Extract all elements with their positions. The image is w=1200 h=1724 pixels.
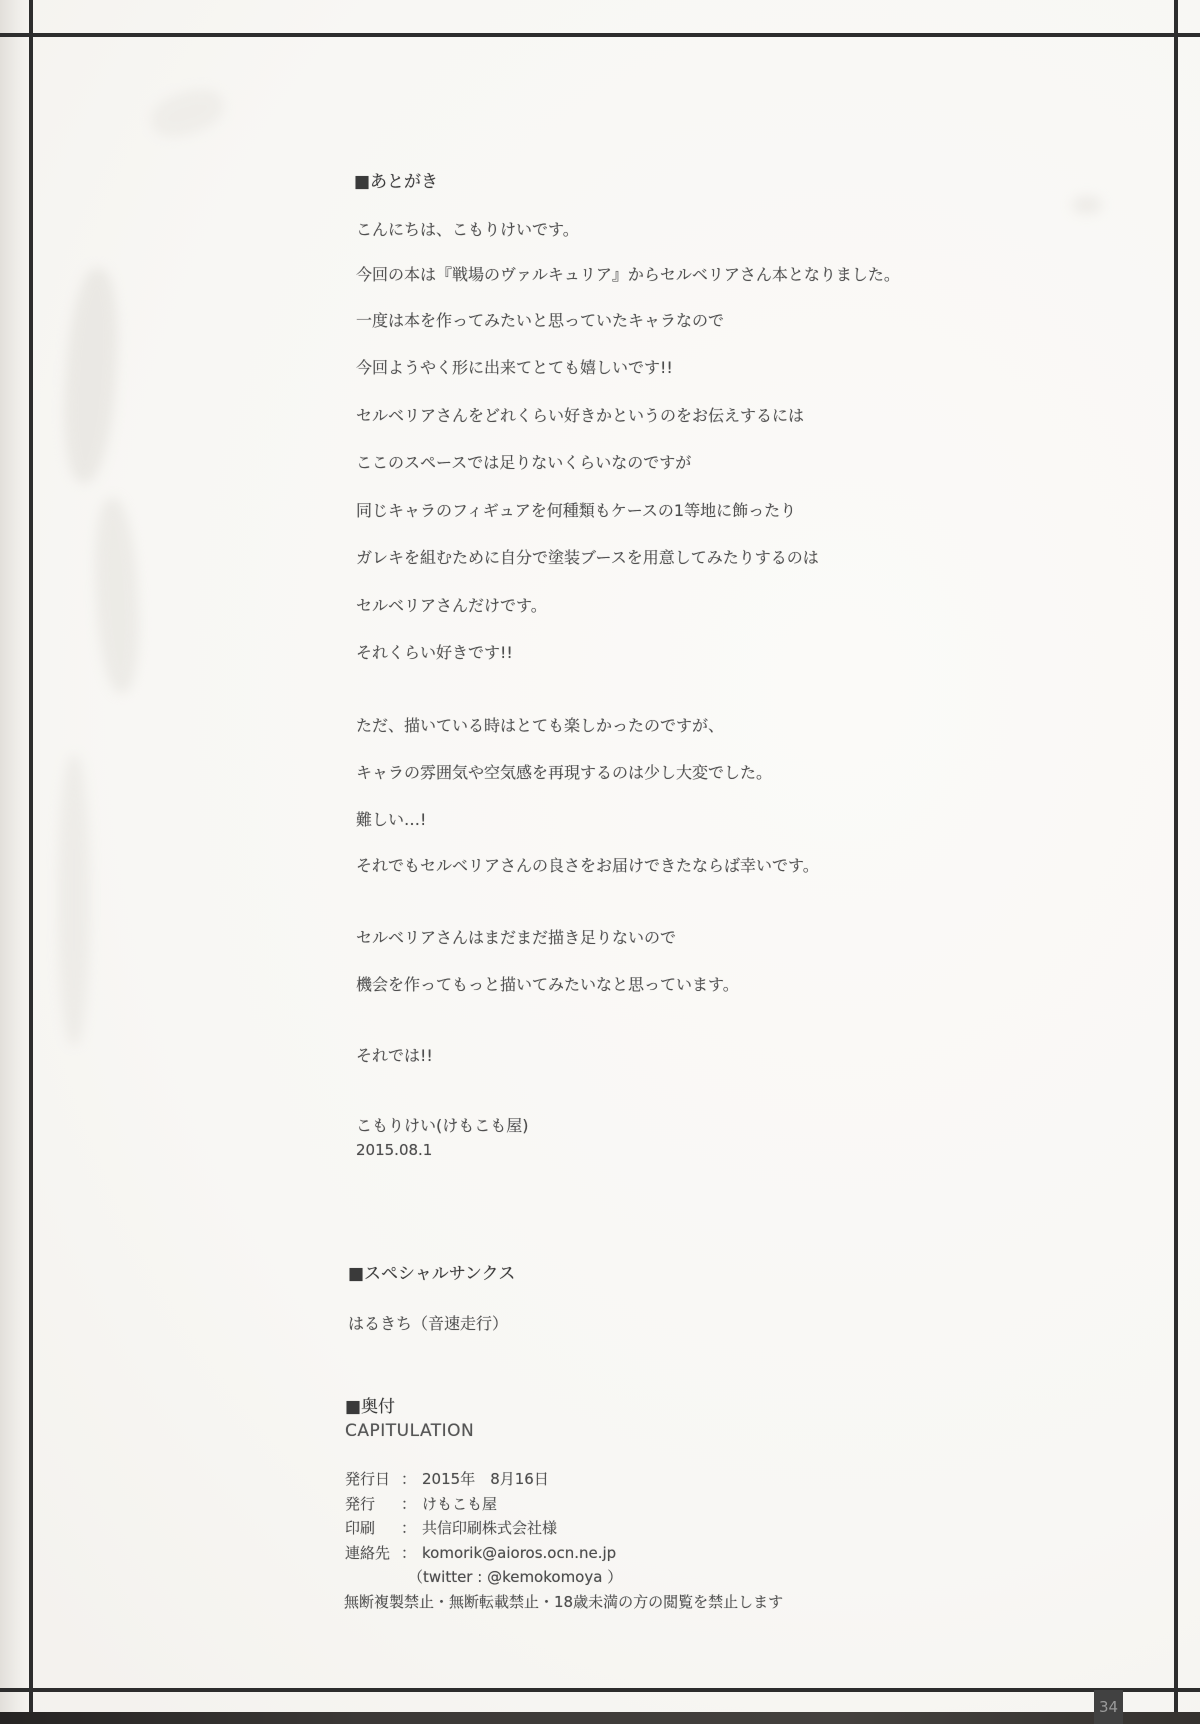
crop-mark-left (29, 0, 33, 1724)
afterword-line: セルベリアさんをどれくらい好きかというのをお伝えするには (356, 406, 804, 426)
colophon-separator: ： (401, 1469, 416, 1489)
colophon-separator: ： (401, 1494, 416, 1514)
afterword-line: それくらい好きです!! (356, 643, 513, 663)
special-thanks-heading: ■スペシャルサンクス (348, 1264, 515, 1284)
book-title: CAPITULATION (345, 1421, 474, 1441)
colophon-heading: ■奥付 (345, 1397, 395, 1417)
scanned-afterword-page: ■あとがき こんにちは、こもりけいです。 今回の本は『戦場のヴァルキュリア』から… (0, 0, 1200, 1724)
signature-line: こもりけい(けもこも屋) (356, 1116, 529, 1136)
colophon-row: 印刷：共信印刷株式会社様 (345, 1518, 557, 1538)
bleedthrough-ghost (58, 755, 90, 1045)
afterword-line: 一度は本を作ってみたいと思っていたキャラなので (356, 311, 724, 331)
bleedthrough-ghost (145, 81, 229, 144)
afterword-line: セルベリアさんだけです。 (356, 596, 547, 616)
afterword-line: セルベリアさんはまだまだ描き足りないので (356, 928, 676, 948)
afterword-heading: ■あとがき (354, 172, 438, 192)
colophon-twitter: （twitter : @kemokomoya ） (408, 1567, 622, 1587)
colophon-label: 連絡先 (345, 1543, 401, 1563)
colophon-label: 発行日 (345, 1469, 401, 1489)
crop-mark-top (0, 33, 1200, 37)
afterword-line: それでは!! (356, 1046, 433, 1066)
colophon-row: 発行日：2015年 8月16日 (345, 1469, 549, 1489)
paper-edge (0, 0, 29, 1724)
special-thanks-name: はるきち（音速走行） (348, 1314, 508, 1334)
copyright-notice: 無断複製禁止・無断転載禁止・18歳未満の方の閲覧を禁止します (344, 1592, 783, 1612)
afterword-line: ここのスペースでは足りないくらいなのですが (356, 453, 691, 473)
afterword-line: ただ、描いている時はとても楽しかったのですが、 (356, 716, 724, 736)
page-number-badge: 34 (1094, 1690, 1123, 1724)
afterword-line: それでもセルベリアさんの良さをお届けできたならば幸いです。 (356, 856, 819, 876)
afterword-line: こんにちは、こもりけいです。 (356, 220, 579, 240)
afterword-line: 機会を作ってもっと描いてみたいなと思っています。 (356, 975, 739, 995)
colophon-separator: ： (401, 1518, 416, 1538)
afterword-line: 同じキャラのフィギュアを何種類もケースの1等地に飾ったり (356, 501, 796, 521)
date-line: 2015.08.1 (356, 1140, 432, 1160)
colophon-value: 共信印刷株式会社様 (422, 1518, 557, 1538)
colophon-separator: ： (401, 1543, 416, 1563)
afterword-line: 今回の本は『戦場のヴァルキュリア』からセルベリアさん本となりました。 (356, 265, 900, 285)
bleedthrough-ghost (91, 497, 143, 694)
afterword-line: キャラの雰囲気や空気感を再現するのは少し大変でした。 (356, 763, 772, 783)
colophon-label: 印刷 (345, 1518, 401, 1538)
afterword-line: ガレキを組むために自分で塗装ブースを用意してみたりするのは (356, 548, 819, 568)
bleedthrough-ghost (59, 267, 124, 485)
colophon-label: 発行 (345, 1494, 401, 1514)
colophon-row: 発行：けもこも屋 (345, 1494, 497, 1514)
colophon-value: 2015年 8月16日 (422, 1469, 549, 1489)
colophon-value: komorik@aioros.ocn.ne.jp (422, 1543, 616, 1563)
bottom-bar (0, 1712, 1200, 1724)
colophon-row: 連絡先：komorik@aioros.ocn.ne.jp (345, 1543, 616, 1563)
bleedthrough-ghost (1072, 196, 1102, 214)
colophon-value: けもこも屋 (422, 1494, 497, 1514)
crop-mark-bottom (0, 1688, 1200, 1692)
crop-mark-right (1174, 0, 1178, 1724)
afterword-line: 難しい…! (356, 810, 426, 830)
afterword-line: 今回ようやく形に出来てとても嬉しいです!! (356, 358, 673, 378)
page-number: 34 (1099, 1698, 1118, 1716)
